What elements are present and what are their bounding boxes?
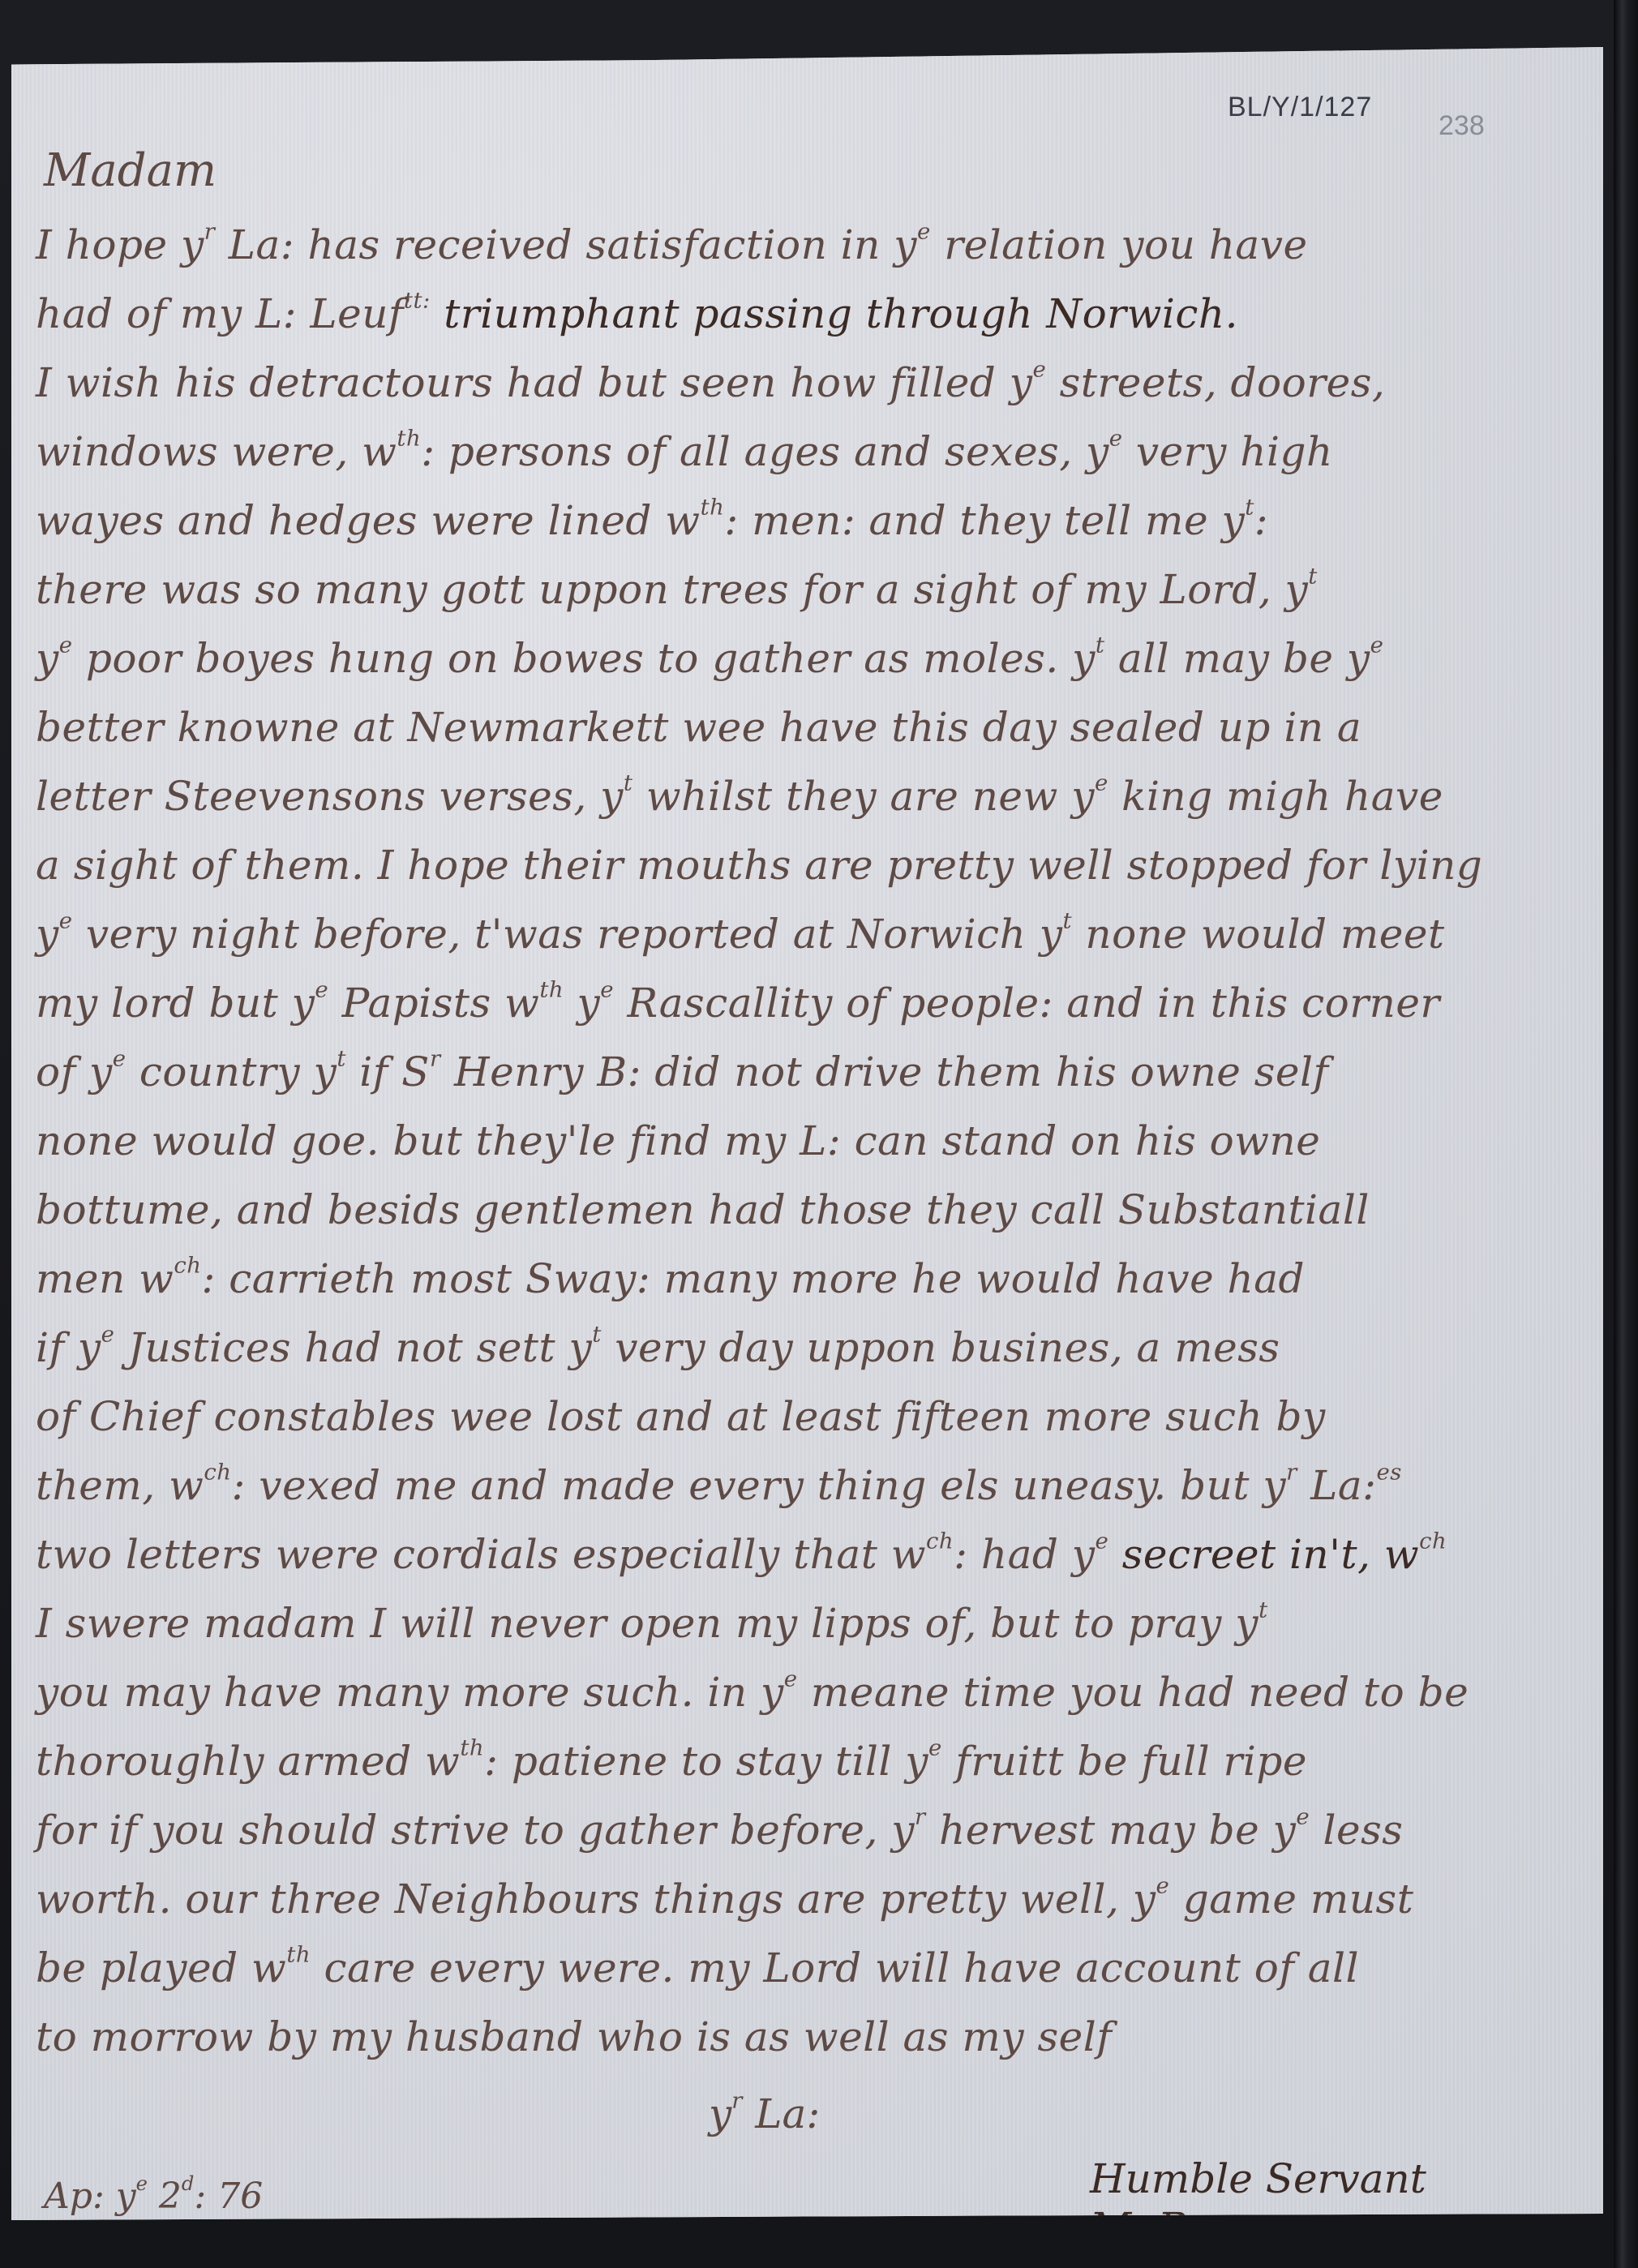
letter-line-23: thoroughly armed wth: patiene to stay ti…	[36, 1738, 1307, 1785]
letter-line-6: there was so many gott uppon trees for a…	[36, 566, 1318, 613]
letter-line-27: to morrow by my husband who is as well a…	[36, 2013, 1112, 2060]
folio-number: 238	[1439, 110, 1485, 142]
letter-line-12: my lord but ye Papists wth ye Rascallity…	[36, 980, 1440, 1027]
dateline: Ap: ye 2d: 76	[44, 2176, 263, 2217]
letter-line-18: of Chief constables wee lost and at leas…	[36, 1393, 1326, 1440]
letter-line-7: ye poor boyes hung on bowes to gather as…	[36, 635, 1383, 682]
salutation: Madam	[44, 144, 217, 197]
letter-line-2: had of my L: Leuftt: triumphant passing …	[36, 290, 1238, 337]
letter-line-20: two letters were cordials especially tha…	[36, 1531, 1447, 1578]
letter-line-8: better knowne at Newmarkett wee have thi…	[36, 704, 1361, 751]
letter-line-17: if ye Justices had not sett yt very day …	[36, 1324, 1280, 1371]
letter-line-14: none would goe. but they'le find my L: c…	[36, 1117, 1320, 1164]
letter-line-3: I wish his detractours had but seen how …	[36, 359, 1385, 406]
closing-complimentary: yr La:	[709, 2090, 820, 2137]
letter-line-19: them, wch: vexed me and made every thing…	[36, 1462, 1402, 1509]
closing-subscription: Humble Servant	[1090, 2155, 1426, 2202]
letter-line-21: I swere madam I will never open my lipps…	[36, 1600, 1268, 1647]
letter-line-24: for if you should strive to gather befor…	[36, 1807, 1403, 1854]
letter-line-11: ye very night before, t'was reported at …	[36, 911, 1445, 958]
letter-line-15: bottume, and besids gentlemen had those …	[36, 1186, 1370, 1233]
letter-line-9: letter Steevensons verses, yt whilst the…	[36, 773, 1443, 820]
letter-line-13: of ye country yt if Sr Henry B: did not …	[36, 1048, 1329, 1095]
letter-line-25: worth. our three Neighbours things are p…	[36, 1876, 1413, 1923]
letter-line-10: a sight of them. I hope their mouths are…	[36, 842, 1482, 889]
letter-line-26: be played wth care every were. my Lord w…	[36, 1944, 1359, 1991]
letter-line-16: men wch: carrieth most Sway: many more h…	[36, 1255, 1305, 1302]
letter-line-1: I hope yr La: has received satisfaction …	[36, 221, 1308, 268]
archive-reference: BL/Y/1/127	[1228, 92, 1372, 123]
letter-line-22: you may have many more such. in ye meane…	[36, 1669, 1469, 1716]
letter-line-5: wayes and hedges were lined wth: men: an…	[36, 497, 1268, 544]
mount-right-edge	[1614, 0, 1638, 2268]
letter-page: BL/Y/1/127 238 Madam I hope yr La: has r…	[11, 47, 1603, 2220]
letter-line-4: windows were, wth: persons of all ages a…	[36, 428, 1333, 475]
